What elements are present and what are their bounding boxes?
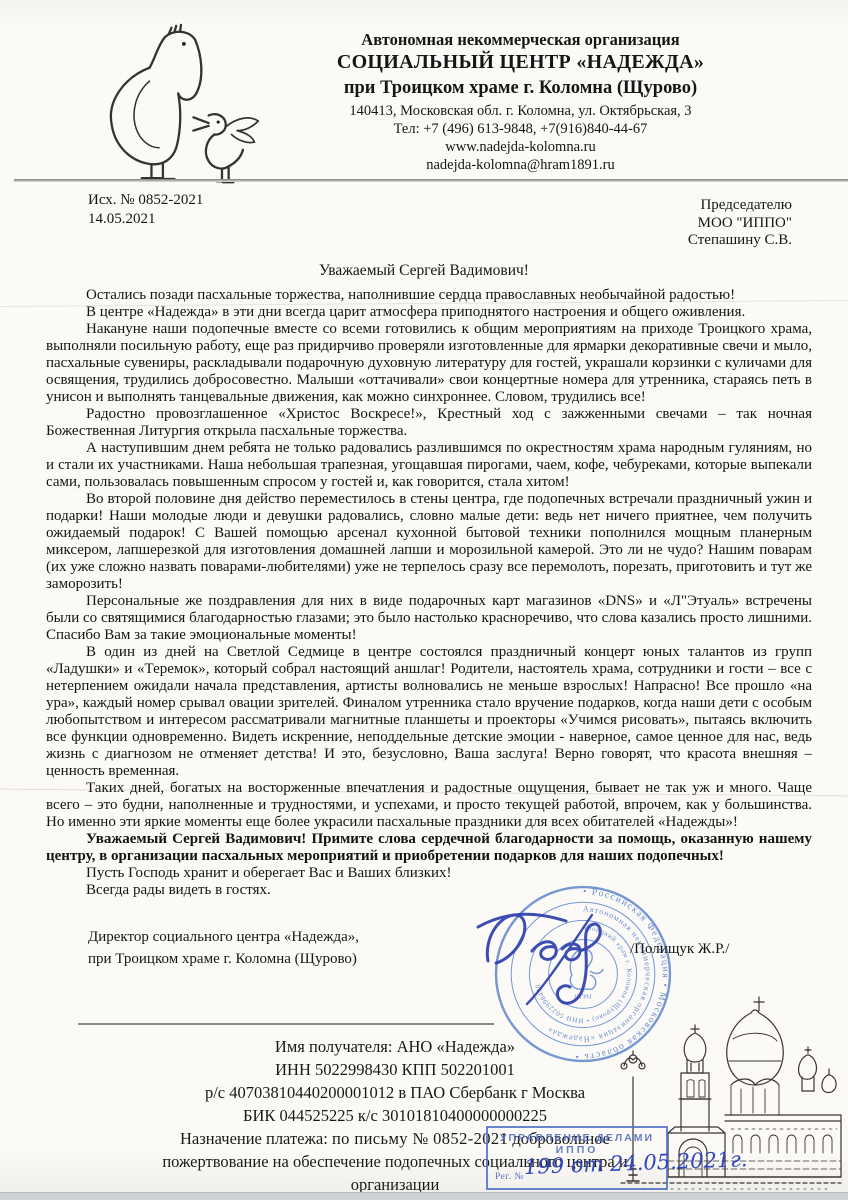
org-type: Автономная некоммерческая организация: [248, 30, 793, 49]
paragraph: Радостно провозглашенное «Христос Воскре…: [46, 406, 812, 440]
header-divider: [14, 179, 848, 182]
stamp-line1: УПРАВЛЕНИЕ ДЕЛАМИ: [488, 1132, 666, 1144]
paragraph: Таких дней, богатых на восторженные впеч…: [46, 780, 812, 831]
paragraph: В центре «Надежда» в эти дни всегда цари…: [46, 304, 812, 321]
paragraph: В один из дней на Светлой Седмице в цент…: [46, 644, 812, 780]
org-email: nadejda-kolomna@hram1891.ru: [248, 157, 793, 174]
addressee-name: Степашину С.В.: [572, 232, 792, 250]
paragraph: А наступившим днем ребята не только радо…: [46, 440, 812, 491]
letter-body: Остались позади пасхальные торжества, на…: [46, 287, 812, 899]
org-subtitle: при Троицком храме г. Коломна (Щурово): [248, 78, 793, 100]
stamp-reg-label: Рег. №: [495, 1172, 524, 1182]
addressee-block: Председателю МОО "ИППО" Степашину С.В.: [572, 197, 792, 250]
outgoing-date: 14.05.2021: [88, 210, 203, 229]
paragraph: Всегда рады видеть в гостях.: [46, 882, 812, 899]
org-phone: Тел: +7 (496) 613-9848, +7(916)840-44-67: [248, 121, 793, 138]
paragraph: Во второй половине дня действо перемести…: [46, 491, 812, 593]
paragraph: Накануне наши подопечные вместе со всеми…: [46, 321, 812, 406]
signature-name: /Полищук Ж.Р./: [630, 941, 729, 958]
payment-purpose-label: Назначение платежа:: [180, 1129, 328, 1148]
registration-stamp: УПРАВЛЕНИЕ ДЕЛАМИ ИППО Рег. № 199 от 24.…: [486, 1126, 668, 1190]
org-website: www.nadejda-kolomna.ru: [248, 139, 793, 156]
org-address: 140413, Московская обл. г. Коломна, ул. …: [248, 103, 793, 120]
signature-title: Директор социального центра «Надежда», п…: [88, 927, 359, 970]
org-name: СОЦИАЛЬНЫЙ ЦЕНТР «НАДЕЖДА»: [248, 51, 793, 75]
salutation: Уважаемый Сергей Вадимович!: [0, 262, 848, 280]
signature-title-line1: Директор социального центра «Надежда»,: [88, 927, 359, 949]
pelican-logo-icon: [76, 22, 266, 184]
payment-purpose-ref: по письму № 0852-2021: [332, 1129, 508, 1148]
paragraph: Остались позади пасхальные торжества, на…: [46, 287, 812, 304]
signature-title-line2: при Троицком храме г. Коломна (Щурово): [88, 949, 359, 971]
letter-page: Автономная некоммерческая организация СО…: [0, 0, 848, 1200]
paragraph: Персональные же поздравления для них в в…: [46, 593, 812, 644]
paragraph-gratitude-bold: Уважаемый Сергей Вадимович! Примите слов…: [46, 831, 812, 865]
payment-divider: [78, 1023, 494, 1025]
outgoing-number: Исх. № 0852-2021: [88, 191, 203, 210]
addressee-title: Председателю: [572, 197, 792, 215]
letterhead: Автономная некоммерческая организация СО…: [248, 30, 793, 174]
scan-edge-strip: [0, 1192, 848, 1200]
paragraph: Пусть Господь хранит и оберегает Вас и В…: [46, 865, 812, 882]
outgoing-ref-block: Исх. № 0852-2021 14.05.2021: [88, 191, 203, 229]
addressee-org: МОО "ИППО": [572, 215, 792, 233]
